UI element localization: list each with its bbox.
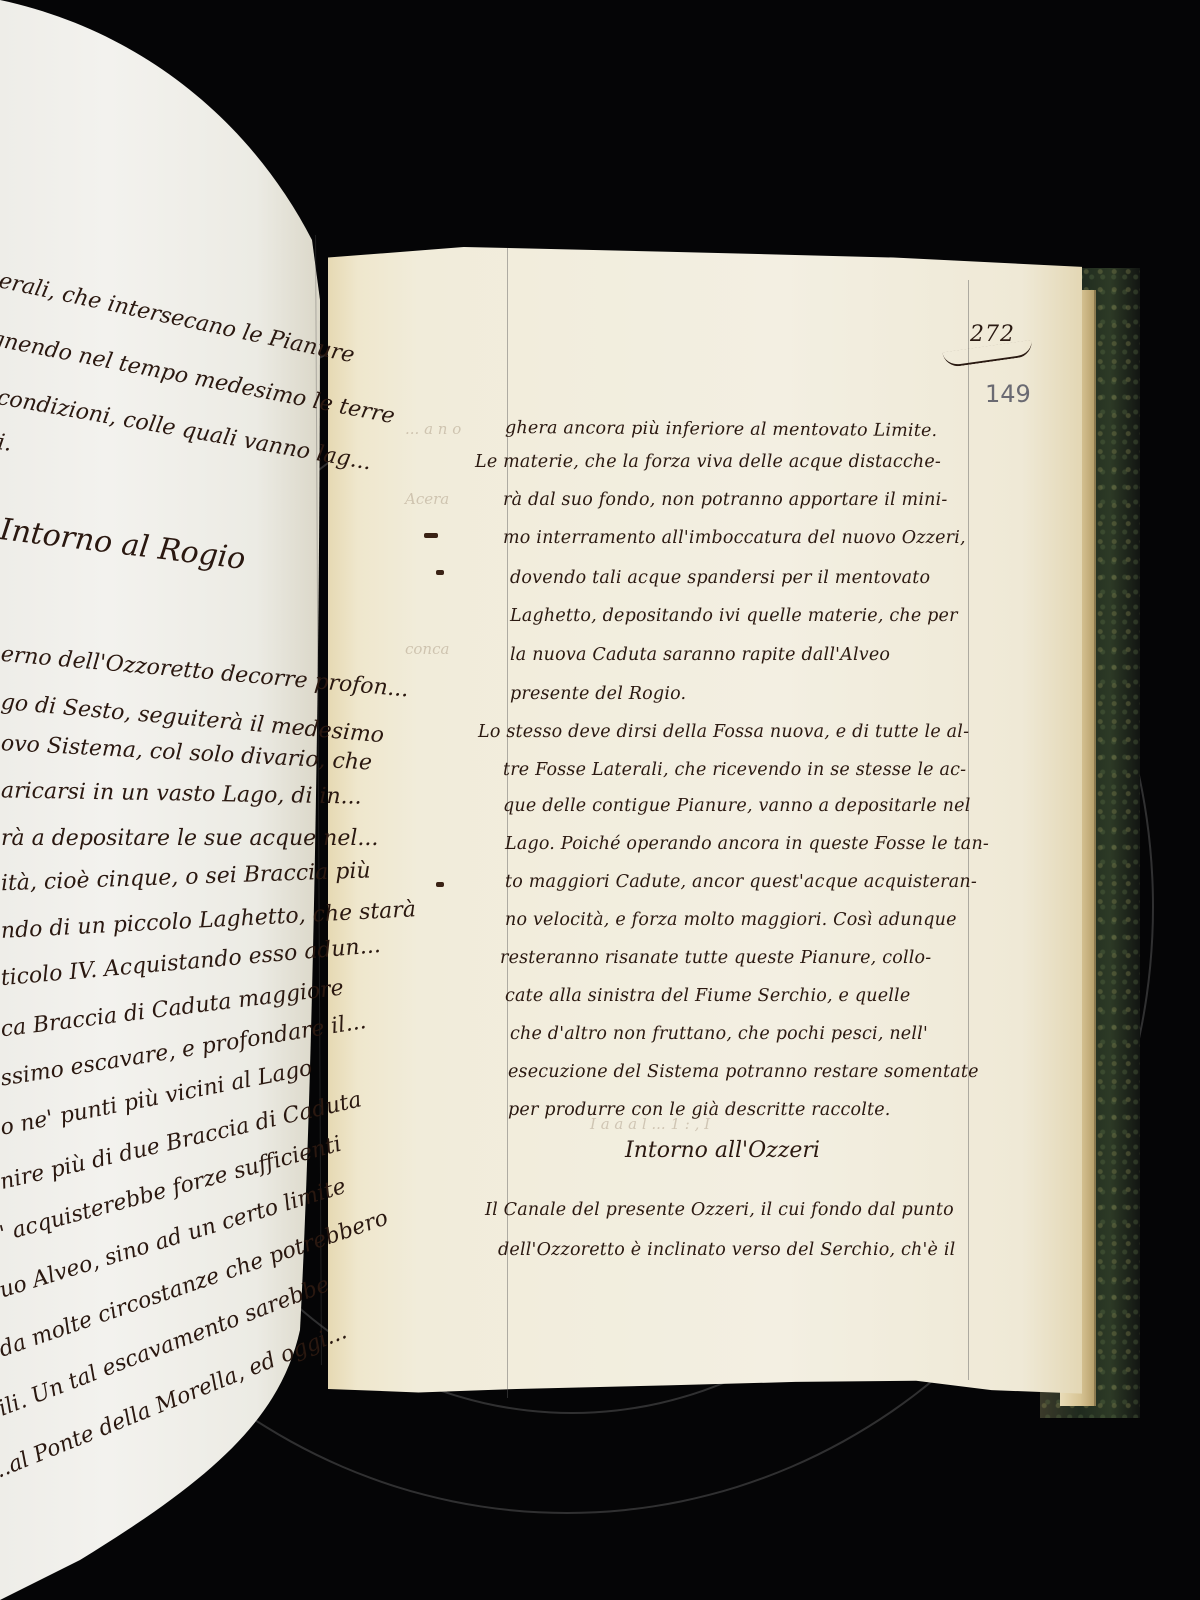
right-page-right-rule	[968, 280, 969, 1380]
margin-ink-mark	[424, 533, 438, 538]
text-line: presente del Rogio.	[510, 684, 686, 704]
folio-number-pencil: 149	[985, 380, 1031, 408]
text-line: mo interramento all'imboccatura del nuov…	[503, 528, 966, 548]
text-line: per produrre con le già descritte raccol…	[508, 1100, 891, 1120]
margin-ink-mark	[436, 882, 444, 887]
text-line: rà dal suo fondo, non potranno apportare…	[503, 490, 948, 510]
text-line: ghera ancora più inferiore al mentovato …	[505, 418, 937, 441]
bleed-through-text: ... a n o	[405, 420, 461, 438]
text-line: dell'Ozzoretto è inclinato verso del Ser…	[498, 1240, 955, 1260]
section-heading: Intorno all'Ozzeri	[625, 1138, 820, 1163]
text-line: Lago. Poiché operando ancora in queste F…	[505, 834, 989, 854]
manuscript-scene: 272 149 ... a n o Acera conca I a a a l …	[0, 0, 1200, 1600]
text-line: tre Fosse Laterali, che ricevendo in se …	[503, 760, 966, 780]
text-line: esecuzione del Sistema potranno restare …	[508, 1062, 979, 1082]
text-line: que delle contigue Pianure, vanno a depo…	[503, 796, 971, 816]
text-line: resteranno risanate tutte queste Pianure…	[500, 948, 931, 968]
text-line: che d'altro non fruttano, che pochi pesc…	[510, 1024, 928, 1044]
text-line: to maggiori Cadute, ancor quest'acque ac…	[505, 872, 977, 892]
text-line: dovendo tali acque spandersi per il ment…	[510, 568, 930, 588]
text-line: Le materie, che la forza viva delle acqu…	[475, 452, 941, 472]
text-line: Il Canale del presente Ozzeri, il cui fo…	[485, 1200, 954, 1220]
text-line: Lo stesso deve dirsi della Fossa nuova, …	[478, 722, 969, 742]
bleed-through-text: Acera	[405, 490, 449, 508]
text-line: ...rà a depositare le sue acque nel...	[0, 826, 378, 851]
text-line: no velocità, e forza molto maggiori. Cos…	[505, 910, 957, 930]
text-line: cate alla sinistra del Fiume Serchio, e …	[505, 986, 910, 1006]
bleed-through-text: conca	[405, 640, 449, 658]
text-line: la nuova Caduta saranno rapite dall'Alve…	[510, 645, 890, 665]
margin-ink-mark	[436, 570, 444, 575]
text-line: Laghetto, depositando ivi quelle materie…	[510, 606, 958, 626]
